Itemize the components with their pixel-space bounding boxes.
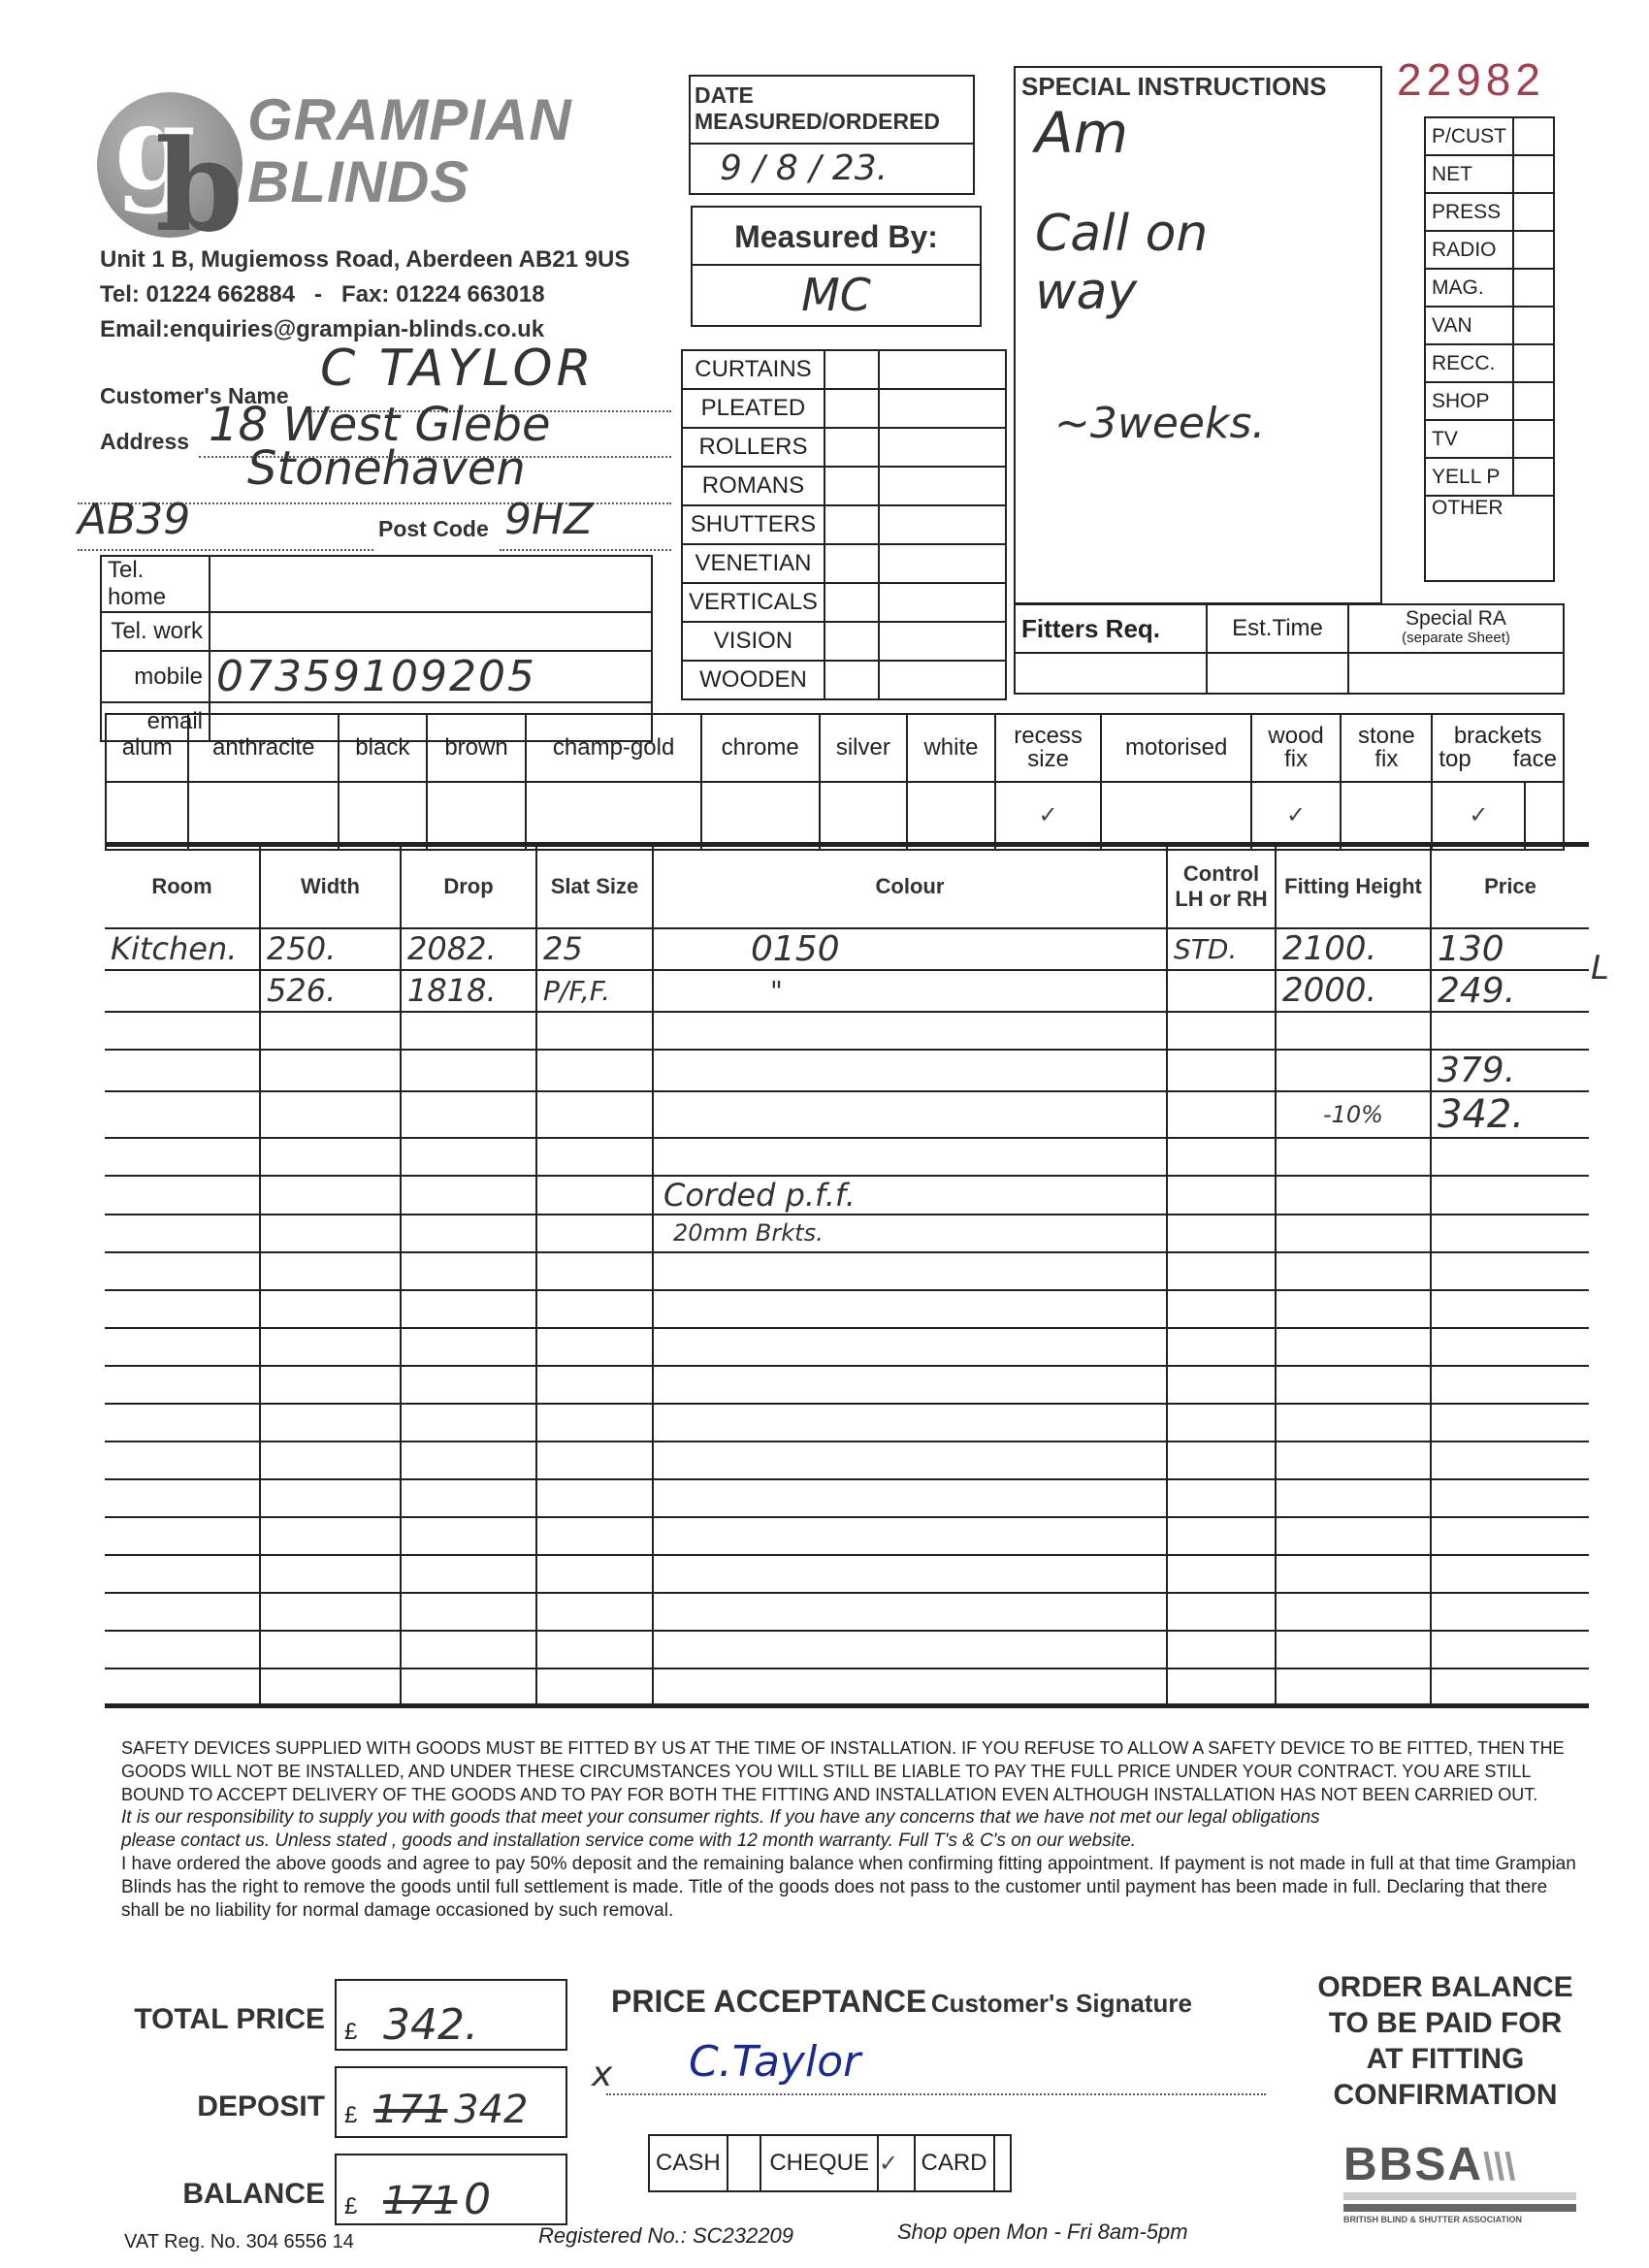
- address-line-2-value[interactable]: Stonehaven: [247, 441, 526, 496]
- price-acceptance-heading: PRICE ACCEPTANCE Customer's Signature: [611, 1984, 1192, 2020]
- shop-hours: Shop open Mon - Fri 8am-5pm: [897, 2219, 1188, 2245]
- finish-options-table: alum anthracite black brown champ-gold c…: [105, 713, 1565, 851]
- signature-line: [606, 2086, 1266, 2095]
- motorised-check[interactable]: [1101, 782, 1251, 850]
- consumer-rights-line-1: It is our responsibility to supply you w…: [121, 1806, 1586, 1830]
- order-table: Room Width Drop Slat Size Colour Control…: [105, 842, 1589, 1708]
- finish-silver-check[interactable]: [820, 782, 908, 850]
- deposit-value[interactable]: 342: [454, 2088, 528, 2132]
- mobile-value[interactable]: 07359109205: [210, 651, 652, 702]
- deposit-box: £ 171 342: [335, 2066, 567, 2138]
- wood-fix-check[interactable]: ✓: [1251, 782, 1341, 850]
- finish-champ-gold-check[interactable]: [526, 782, 700, 850]
- est-time-value[interactable]: [1207, 653, 1348, 694]
- balance-struck-value: 171: [383, 2179, 457, 2223]
- order-row: [105, 1366, 1589, 1404]
- fitters-table: Fitters Req. Est.Time Special RA (separa…: [1014, 603, 1565, 695]
- balance-label: BALANCE: [107, 2178, 325, 2211]
- special-instructions-line-4[interactable]: ~3weeks.: [1016, 399, 1380, 448]
- recess-size-check[interactable]: ✓: [995, 782, 1102, 850]
- customer-name-value[interactable]: C TAYLOR: [320, 340, 596, 398]
- address-line-3-value[interactable]: AB39: [78, 495, 190, 544]
- payment-cheque-label: CHEQUE: [760, 2135, 878, 2191]
- order-row: [105, 1404, 1589, 1442]
- order-row: [105, 1593, 1589, 1631]
- order-row: 379.: [105, 1050, 1589, 1091]
- note-line-1[interactable]: Corded p.f.f.: [653, 1176, 1167, 1215]
- order-row: [105, 1328, 1589, 1366]
- total-price-box: £ 342.: [335, 1979, 567, 2051]
- payment-cheque-check[interactable]: ✓: [878, 2135, 914, 2191]
- order-row: [105, 1290, 1589, 1328]
- finish-chrome-check[interactable]: [701, 782, 820, 850]
- registered-number: Registered No.: SC232209: [538, 2223, 793, 2249]
- order-row: [105, 1138, 1589, 1176]
- order-balance-notice: ORDER BALANCE TO BE PAID FOR AT FITTING …: [1300, 1969, 1591, 2113]
- note-line-2[interactable]: 20mm Brkts.: [653, 1215, 1167, 1252]
- fitters-req-value[interactable]: [1015, 653, 1207, 694]
- postcode-value[interactable]: 9HZ: [504, 495, 593, 544]
- address-label: Address: [100, 429, 189, 455]
- company-address: Unit 1 B, Mugiemoss Road, Aberdeen AB21 …: [100, 243, 630, 277]
- deposit-label: DEPOSIT: [107, 2090, 325, 2123]
- order-row: 526. 1818. P/F,F. " 2000. 249.: [105, 970, 1589, 1012]
- payment-card-check[interactable]: [994, 2135, 1011, 2191]
- logo-letter-b: b: [155, 112, 243, 260]
- bbsa-stripes-icon: \\\: [1483, 2148, 1515, 2187]
- balance-value[interactable]: 0: [464, 2175, 491, 2224]
- order-number: 22982: [1397, 53, 1545, 106]
- agreement-text: I have ordered the above goods and agree…: [121, 1853, 1586, 1923]
- terms-and-conditions: SAFETY DEVICES SUPPLIED WITH GOODS MUST …: [121, 1736, 1586, 1923]
- bbsa-bar-dark: [1343, 2204, 1576, 2212]
- balance-box: £ 171 0: [335, 2154, 567, 2225]
- measured-by-box: Measured By: MC: [691, 206, 982, 327]
- total-price-label: TOTAL PRICE: [107, 2003, 325, 2036]
- product-type-table: CURTAINS PLEATED ROLLERS ROMANS SHUTTERS…: [681, 349, 1007, 700]
- company-phone: Tel: 01224 662884 - Fax: 01224 663018: [100, 277, 630, 312]
- contact-row-tel-home: Tel. home: [101, 556, 652, 612]
- payment-card-label: CARD: [915, 2135, 994, 2191]
- brand-name: GRAMPIAN BLINDS: [247, 89, 572, 213]
- contact-row-tel-work: Tel. work: [101, 612, 652, 651]
- payment-cash-check[interactable]: [727, 2135, 761, 2191]
- order-row: [105, 1631, 1589, 1669]
- date-value[interactable]: 9 / 8 / 23.: [691, 145, 973, 193]
- safety-notice: SAFETY DEVICES SUPPLIED WITH GOODS MUST …: [121, 1736, 1586, 1806]
- margin-note: L: [1591, 949, 1609, 988]
- order-row: [105, 1517, 1589, 1555]
- order-row: 20mm Brkts.: [105, 1215, 1589, 1252]
- special-instructions-line-2[interactable]: Call on: [1016, 205, 1380, 263]
- order-row: [105, 1669, 1589, 1706]
- vat-number: VAT Reg. No. 304 6556 14: [124, 2231, 354, 2253]
- consumer-rights-line-2: please contact us. Unless stated , goods…: [121, 1830, 1586, 1853]
- stone-fix-check[interactable]: [1341, 782, 1432, 850]
- discounted-total[interactable]: 342.: [1431, 1091, 1589, 1138]
- discount-value[interactable]: -10%: [1276, 1091, 1431, 1138]
- payment-cash-label: CASH: [649, 2135, 727, 2191]
- order-row: [105, 1442, 1589, 1479]
- signature-mark: x: [592, 2055, 612, 2094]
- finish-anthracite-check[interactable]: [188, 782, 339, 850]
- date-box: DATE MEASURED/ORDERED 9 / 8 / 23.: [689, 75, 975, 195]
- contact-row-mobile: mobile07359109205: [101, 651, 652, 702]
- subtotal-value[interactable]: 379.: [1431, 1050, 1589, 1091]
- customer-signature[interactable]: C.Taylor: [689, 2037, 860, 2087]
- postcode-label: Post Code: [378, 516, 489, 542]
- order-row: [105, 1479, 1589, 1517]
- order-row: [105, 1252, 1589, 1290]
- order-row: Corded p.f.f.: [105, 1176, 1589, 1215]
- finish-white-check[interactable]: [907, 782, 995, 850]
- order-row: [105, 1012, 1589, 1050]
- special-ra-value[interactable]: [1348, 653, 1564, 694]
- bbsa-bar-light: [1343, 2192, 1576, 2200]
- special-instructions-box: SPECIAL INSTRUCTIONS Am Call on way ~3we…: [1014, 66, 1382, 604]
- company-contact: Unit 1 B, Mugiemoss Road, Aberdeen AB21 …: [100, 243, 630, 347]
- payment-method-table: CASH CHEQUE ✓ CARD: [648, 2134, 1012, 2192]
- brackets-top-check[interactable]: ✓: [1432, 782, 1525, 850]
- special-instructions-line-1[interactable]: Am: [1016, 100, 1380, 166]
- measured-by-value[interactable]: MC: [693, 266, 980, 324]
- lead-source-table: P/CUST NET PRESS RADIO MAG. VAN RECC. SH…: [1424, 116, 1555, 582]
- order-row: Kitchen. 250. 2082. 25 0150 STD. 2100. 1…: [105, 928, 1589, 970]
- special-instructions-line-3[interactable]: way: [1016, 263, 1380, 321]
- finish-black-check[interactable]: [339, 782, 427, 850]
- total-price-value[interactable]: 342.: [383, 2000, 478, 2050]
- bbsa-logo: BBSA \\\ BRITISH BLIND & SHUTTER ASSOCIA…: [1343, 2144, 1576, 2224]
- deposit-struck-value: 171: [373, 2088, 447, 2132]
- order-row: [105, 1555, 1589, 1593]
- finish-brown-check[interactable]: [427, 782, 527, 850]
- brackets-face-check[interactable]: [1525, 782, 1564, 850]
- order-row: -10%342.: [105, 1091, 1589, 1138]
- finish-alum-check[interactable]: [106, 782, 188, 850]
